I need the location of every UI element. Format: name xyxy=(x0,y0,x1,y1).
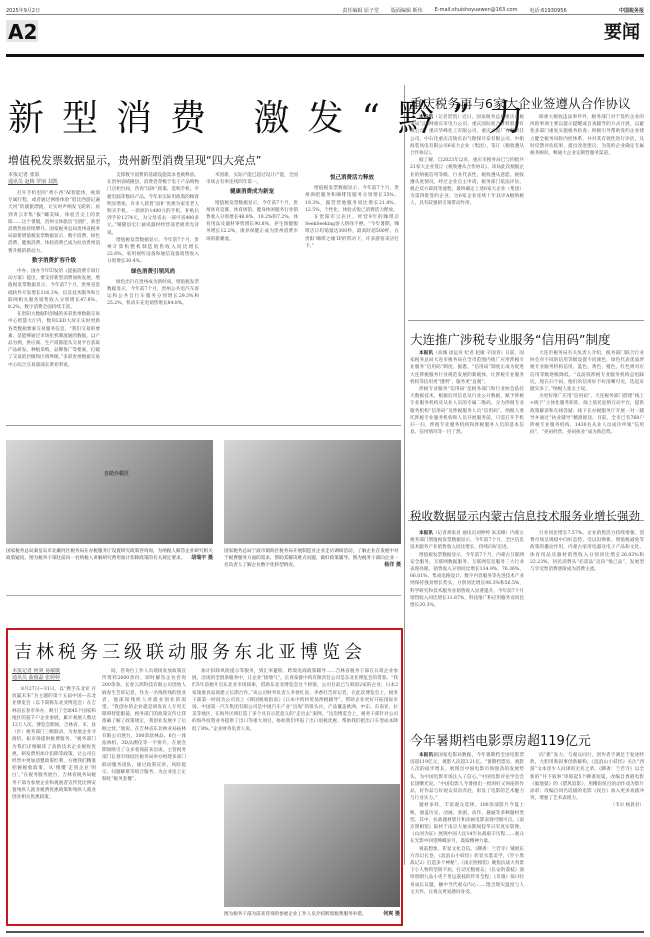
page-header: 2025年9月2日 责任编辑 原子堂 版面编辑 靳伟 E-mail:shuish… xyxy=(6,6,644,14)
paragraph: 8月27日—31日，以“携手东北亚 开放赢未来”为主题的第十五届中国—东北亚博览… xyxy=(12,686,96,801)
byline-correspondents: 通讯员 曲俊磊 张婷婷 xyxy=(12,675,96,682)
column-divider xyxy=(404,85,405,865)
story-box-office-col2: 向“新”发力，与观众同行。创作者不满足于复述经典，大胆用新叙事创新解构。《浪浪山… xyxy=(530,752,644,924)
paper-name: 中国税务报 xyxy=(619,7,644,14)
boxed-byline: 本报记者 何爽 易敏敏 通讯员 曲俊磊 张婷婷 xyxy=(12,668,96,682)
editor-credit: 责任编辑 原子堂 xyxy=(342,7,379,14)
paragraph-text: （高城 徐远舟 纪君 赵敏 辛国青）日前，国家税务总局大连市税务局在全市范围内推… xyxy=(410,351,524,385)
paragraph: 据了解，自2023年以来，重庆市税务局已与四批共21家大企业签订《税收遵从合作协… xyxy=(410,157,524,207)
paragraph: 增值税发票数据显示，今年前7个月，内蒙古互联网安全服务、互联网数据服务、互联网信… xyxy=(410,552,524,610)
paragraph: 除重大税收违法事件外，税务部门对于签约企业的风险事项主要以提示提醒或自查辅导的方… xyxy=(530,114,644,157)
photo-self-service-hall: 自助办税区 xyxy=(6,440,213,544)
story-divider xyxy=(408,320,644,321)
paragraph: 大连市税务局有关负责人介绍，税务部门联合行业协会对不同的信用等级设置不同颜色，绿… xyxy=(530,350,644,393)
paragraph: 间，咨询台工作人员现场发放政策宣传资料2000余份，即时解答企业咨询200余条。… xyxy=(102,668,186,783)
lead-column-2: 支撑数字消费的基础设施需求也被释放。在贵州省晴隆县，消费者穿梭于电子产品购物门店… xyxy=(107,172,199,404)
section-title: 要闻 xyxy=(604,18,640,44)
lead-byline: 本报记者 张影 通讯员 赵梅 罗丽 刘凯 xyxy=(8,172,100,186)
story-dalian-title: 大连推广涉税专业服务“信用码”制度 xyxy=(410,330,610,348)
paragraph: 增值税发票数据显示，今年前7个月，贵州酒吧服务和咖啡馆服务分别增长35%、19.… xyxy=(305,185,399,214)
photo-caption-left: 国家税务总局秦皇岛市北戴河区税务局在办税服务厅设置研究政策咨询岗，为纳税人解答企… xyxy=(6,548,213,562)
subsection-heading: 数字消费扩容升级 xyxy=(8,258,100,265)
layout-credit: 版面编辑 靳伟 xyxy=(391,7,423,14)
caption-text: 国家税务总局秦皇岛市北戴河区税务局在办税服务厅设置研究政策咨询岗，为纳税人解答企… xyxy=(6,549,213,561)
story-chongqing-title: 重庆税务再与6家大企业签遵从合作协议 xyxy=(410,94,630,112)
section-divider xyxy=(6,425,401,426)
story-box-office-title: 今年暑期档电影票房超119亿元 xyxy=(410,730,591,749)
page-number: A2 xyxy=(6,20,38,42)
byline-reporter: 本报记者 何爽 易敏敏 xyxy=(12,668,96,675)
paragraph: 打开手机里的“黄小西”AI智能体，规划专属行程，或者通过网络体验“逛比西游记遍天… xyxy=(8,190,100,255)
paragraph: 绿色出行在贵州成为新时尚。增值税发票数据显示，今年前7个月，贵州公共电汽车客运和… xyxy=(107,279,199,308)
paragraph: 观前想象，彰显文化自信。《聊斋：兰若寺》铺展东方奇幻长卷，《浪浪山小妖怪》彰显水… xyxy=(410,846,524,896)
story-inner-mongolia-col2: 行业同比增长7.57%，企业销售活力持续增强。消费市场呈现稳中向好态势，受以旧换… xyxy=(530,530,644,730)
paragraph: 行业同比增长7.57%，企业销售活力持续增强。消费市场呈现稳中向好态势，受以旧换… xyxy=(530,530,644,573)
paragraph: 术创新，实际产能已超过设计产能，全国市场占有率连续四年第一。 xyxy=(206,172,298,186)
story-chongqing-col2: 除重大税收违法事件外，税务部门对于签约企业的风险事项主要以提示提醒或自查辅导的方… xyxy=(530,114,644,314)
photo-credit: 胡瑞宇 摄 xyxy=(191,555,213,562)
header-meta: 责任编辑 原子堂 版面编辑 靳伟 E-mail:shuishoyuewen@16… xyxy=(342,7,566,14)
story-inner-mongolia-title: 税收数据显示内蒙古信息技术服务业增长强劲 xyxy=(410,508,640,524)
paragraph: 题材多样，丰富观众选择。100余部影片今夏上映，涵盖历史、动画、喜剧、动作、悬疑… xyxy=(410,802,524,845)
paragraph: 在贵阳市云岩区，经营9年的咖啡店SeekSeeking客人络绎不绝。“今年暑期，… xyxy=(305,214,399,250)
footer-rule xyxy=(6,931,644,933)
photo-credit: 杨洋 摄 xyxy=(384,562,401,569)
dateline: 本报讯 xyxy=(419,115,433,120)
lead-subheadline: 增值税发票数据显示，贵州新型消费呈现“四大亮点” xyxy=(8,152,261,168)
paragraph-text: 据国家电影局数据，今年暑期档全国电影票房超119亿元，观影人次超3.21亿。“暑… xyxy=(410,753,524,801)
byline-correspondents: 通讯员 赵梅 罗丽 刘凯 xyxy=(8,179,100,186)
caption-text: 图为税务干部为前来咨询的参展企业工作人员介绍跨境税费服务举措。 xyxy=(224,912,366,917)
photo-credit: 何爽 摄 xyxy=(383,911,400,918)
caption-text: 国家税务总局宁波市镇海区税务局开展制造业企业走访调研活动，了解企业在发展中对于税… xyxy=(224,549,399,568)
byline-reporter: 本报记者 张影 xyxy=(8,172,100,179)
lead-column-4: 悦己消费活力释放 增值税发票数据显示，今年前7个月，贵州酒吧服务和咖啡馆服务分别… xyxy=(305,172,399,404)
subsection-heading: 健康消费成为新宠 xyxy=(206,189,298,196)
subsection-heading: 悦己消费活力释放 xyxy=(305,175,399,182)
boxed-photo-caption: 图为税务干部为前来咨询的参展企业工作人员介绍跨境税费服务举措。 何爽 摄 xyxy=(224,911,400,918)
photo-caption-right: 国家税务总局宁波市镇海区税务局开展制造业企业走访调研活动，了解企业在发展中对于税… xyxy=(224,548,401,569)
paragraph: 增值税发票数据显示，今年前7个月，贵州体育竞赛、体育场馆、健身休闲服务行业销售收… xyxy=(206,200,298,243)
dateline: 本报讯 xyxy=(419,531,433,536)
boxed-column-2: 间，咨询台工作人员现场发放政策宣传资料2000余份，即时解答企业咨询200余条。… xyxy=(102,668,186,923)
lead-column-1: 本报记者 张影 通讯员 赵梅 罗丽 刘凯 打开手机里的“黄小西”AI智能体，规划… xyxy=(8,172,100,404)
header-divider xyxy=(6,14,644,15)
issue-date: 2025年9月2日 xyxy=(6,7,40,14)
paragraph: 在贵阳大数据科创城的多彩贵州数据交易中心智慧大厅内，数块LED大屏正实时更新各类… xyxy=(8,311,100,369)
lead-column-3: 术创新，实际产能已超过设计产能，全国市场占有率连续四年第一。 健康消费成为新宠 … xyxy=(206,172,298,404)
story-dalian-col2: 大连市税务局有关负责人介绍，税务部门联合行业协会对不同的信用等级设置不同颜色，绿… xyxy=(530,350,644,515)
boxed-headline: 吉林税务三级联动服务东北亚博览会 xyxy=(14,638,366,664)
photo-expo-service-desk xyxy=(224,784,400,907)
paragraph: 支撑数字消费的基础设施需求也被释放。在贵州省晴隆县，消费者穿梭于电子产品购物门店… xyxy=(107,172,199,237)
boxed-column-3: 加计扣除风险提示等服务，到汇率避险、跨境电商政策辅导……吉林省税务干部在日商企业… xyxy=(192,668,398,780)
contact-phone: 电话:61930956 xyxy=(530,7,567,14)
paragraph: 涉税专业服务“信用码”是税务部门和行业协会依托大数据技术，根据信用信息及行业公开… xyxy=(410,386,524,436)
story-inner-mongolia-col1: 本报讯（记者胡张君 通讯员刘婷婷 朱美峰）内蒙古税务部门增值税发票数据显示，今年… xyxy=(410,530,524,750)
paragraph: 增值税发票数据显示，今年前7个月，贵州计算机整机制造销售收入同比增长22.6%，… xyxy=(107,237,199,266)
paragraph: 向“新”发力，与观众同行。创作者不满足于复述经典，大胆用新叙事创新解构。《浪浪山… xyxy=(530,752,644,802)
section-divider xyxy=(6,595,401,596)
contact-email[interactable]: E-mail:shuishoyuewen@163.com xyxy=(435,7,518,14)
story-dalian-col1: 本报讯（高城 徐远舟 纪君 赵敏 辛国青）日前，国家税务总局大连市税务局在全市范… xyxy=(410,350,524,515)
story-chongqing-col1: 本报讯（记者贺凯）近日，国家税务总局重庆市税务局与国网重庆市电力公司、重庆国际复… xyxy=(410,114,524,314)
dateline: 本报讯 xyxy=(419,351,433,356)
story-box-office-col1: 本报讯据国家电影局数据，今年暑期档全国电影票房超119亿元，观影人次超3.21亿… xyxy=(410,752,524,924)
paragraph: 加计扣除风险提示等服务，到汇率避险、跨境电商政策辅导……吉林省税务干部在日商企业… xyxy=(192,668,398,733)
subsection-heading: 绿色消费引领风尚 xyxy=(107,269,199,276)
photo-enterprise-visit xyxy=(224,440,401,544)
author-signature: （韦尔 杨晨君） xyxy=(530,802,644,809)
masthead-rule xyxy=(6,54,644,57)
paragraph: 中办、国办今年印发的《提振消费专项行动方案》提出，要支持新型消费加快发展。增值税… xyxy=(8,268,100,311)
photo-sign-text: 自助办税区 xyxy=(104,470,129,477)
paragraph-text: （记者贺凯）近日，国家税务总局重庆市税务局与国网重庆市电力公司、重庆国际复合材料… xyxy=(410,115,524,156)
paragraph: 为更好推广应用“信用码”，大连税务部门搭建“线上+线下”立体化服务矩阵，线上依托… xyxy=(530,393,644,436)
dateline: 本报讯 xyxy=(419,753,433,758)
boxed-column-1: 本报记者 何爽 易敏敏 通讯员 曲俊磊 张婷婷 8月27日—31日，以“携手东北… xyxy=(12,668,96,923)
